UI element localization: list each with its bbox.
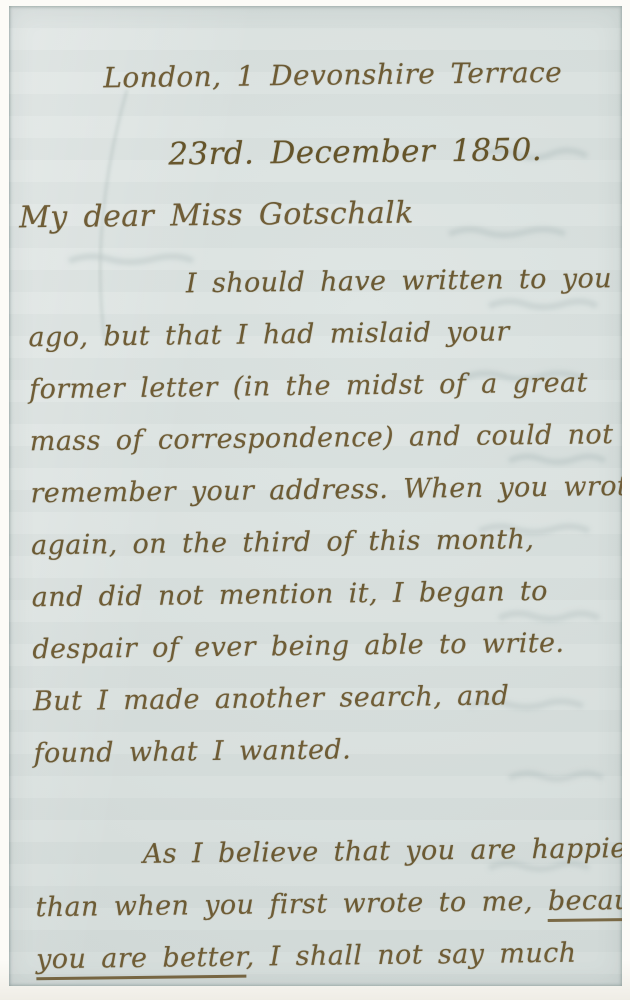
letter-text-segment: former letter (in the midst of a great: [29, 367, 588, 405]
letter-line: remember your address. When you wrote: [30, 471, 620, 530]
letter-text: London, 1 Devonshire Terrace 23rd. Decem…: [9, 6, 622, 986]
letter-text-segment: , I shall not say much: [245, 938, 576, 973]
letter-line: mass of correspondence) and could not: [30, 419, 620, 478]
letter-salutation: My dear Miss Gotschalk: [19, 193, 617, 250]
letter-line: ago, but that I had mislaid your: [28, 315, 618, 374]
letter-paper: London, 1 Devonshire Terrace 23rd. Decem…: [9, 6, 622, 986]
letter-paragraph: As I believe that you are happierthan wh…: [35, 833, 622, 986]
letter-text-segment: again, on the third of this month,: [31, 524, 534, 561]
letter-text-segment: than when you first wrote to me,: [35, 886, 548, 923]
letter-line: again, on the third of this month,: [31, 523, 621, 582]
letter-line: former letter (in the midst of a great: [29, 367, 619, 426]
underlined-text: because: [548, 885, 622, 922]
letter-body: I should have written to you longago, bu…: [28, 263, 622, 986]
letter-text-segment: mass of correspondence) and could not: [30, 419, 614, 457]
letter-text-segment: I should have written to you long: [186, 262, 622, 299]
letter-line: As I believe that you are happier: [35, 833, 622, 892]
letter-text-segment: As I believe that you are happier: [143, 833, 622, 870]
letter-text-segment: found what I wanted.: [33, 734, 351, 769]
letter-address: London, 1 Devonshire Terrace: [103, 55, 615, 107]
letter-line: and did not mention it, I began to: [32, 575, 622, 634]
letter-text-segment: But I made another search, and: [33, 680, 510, 717]
letter-line: I should have written to you long: [28, 263, 618, 322]
letter-text-segment: ago, but that I had mislaid your: [28, 316, 510, 353]
letter-text-segment: and did not mention it, I began to: [32, 576, 548, 613]
letter-text-segment: despair of ever being able to write.: [32, 628, 564, 665]
letter-paragraph: I should have written to you longago, bu…: [28, 263, 622, 790]
letter-text-segment: remember your address. When you wrote: [30, 471, 622, 510]
letter-line: But I made another search, and: [33, 679, 622, 738]
letter-line: than when you first wrote to me, because: [35, 885, 622, 944]
letter-date: 23rd. December 1850.: [168, 131, 616, 184]
letter-line: despair of ever being able to write.: [32, 627, 622, 686]
letter-line: found what I wanted.: [33, 731, 622, 790]
letter-line: you are better, I shall not say much: [36, 937, 622, 986]
underlined-text: you are better: [36, 942, 246, 981]
